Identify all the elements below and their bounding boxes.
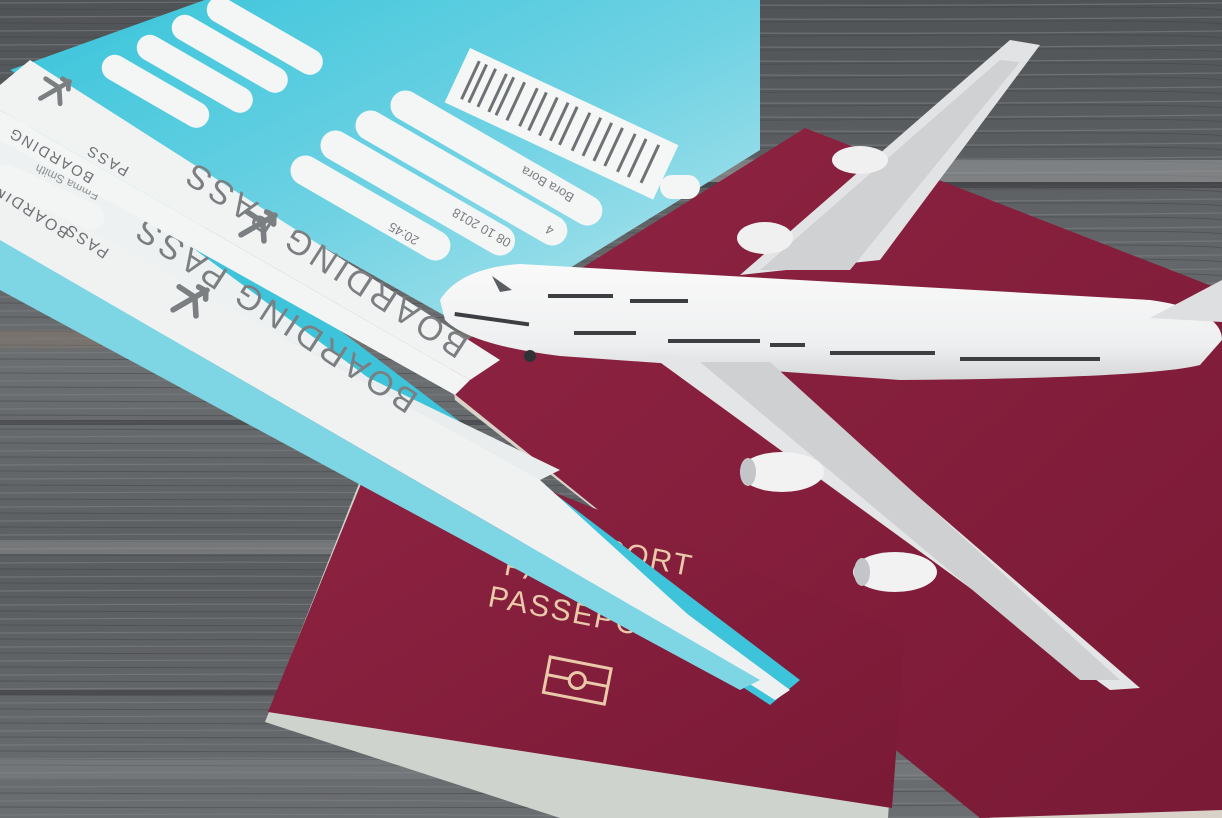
photo-scene: PASZPORT PASSPORT PASSEPORT BOARDING PAS… [0, 0, 1222, 818]
